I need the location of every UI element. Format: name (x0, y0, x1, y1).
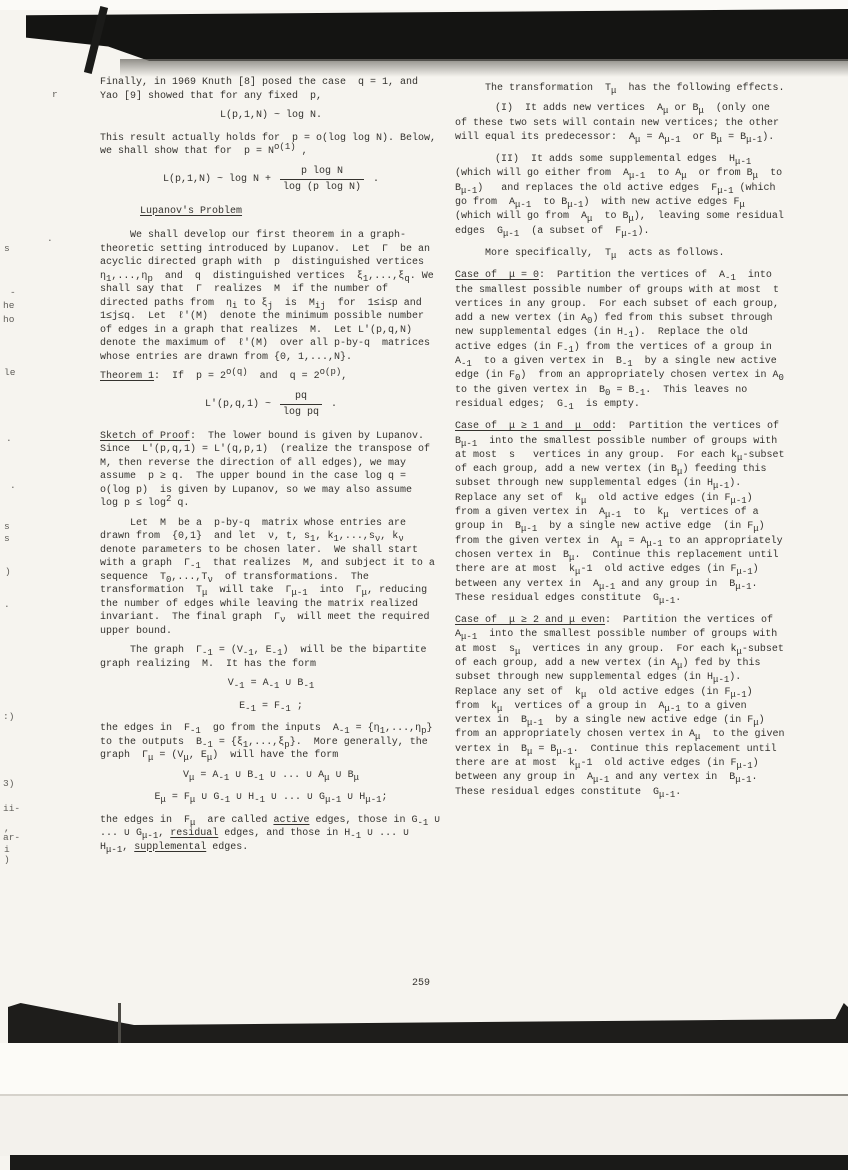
paragraph: More specifically, Tμ acts as follows. (455, 247, 787, 261)
margin-text-fragment: . (47, 233, 53, 244)
fraction: p log Nlog (p log N) (280, 165, 364, 195)
margin-text-fragment: ho (3, 314, 14, 325)
paragraph: This result actually holds for p = o(log… (100, 132, 442, 159)
paragraph: (I) It adds new vertices Aμ or Bμ (only … (455, 102, 787, 145)
margin-text-fragment: . (4, 599, 10, 610)
scan-top-margin (0, 0, 848, 10)
display-formula-fraction: L'(p,q,1) ~ pqlog pq . (100, 390, 442, 420)
margin-text-fragment: s (4, 533, 10, 544)
fraction: pqlog pq (280, 390, 322, 420)
paragraph: the edges in F-1 go from the inputs A-1 … (100, 722, 442, 763)
paragraph: Case of μ ≥ 2 and μ even: Partition the … (455, 614, 787, 800)
display-formula: Eμ = Fμ ∪ G-1 ∪ H-1 ∪ ... ∪ Gμ-1 ∪ Hμ-1; (100, 791, 442, 805)
paragraph: The graph Γ-1 = (V-1, E-1) will be the b… (100, 644, 442, 671)
margin-text-fragment: . (10, 480, 16, 491)
margin-text-fragment: :) (3, 711, 14, 722)
margin-text-fragment: le (4, 367, 15, 378)
scanner-edge-band-bottom (8, 1003, 848, 1043)
scanner-band-seam (118, 1003, 121, 1043)
lower-scan-area (0, 1096, 848, 1156)
paragraph: Case of μ = 0: Partition the vertices of… (455, 269, 787, 412)
margin-text-fragment: ar- (3, 832, 20, 843)
margin-text-fragment: s (4, 243, 10, 254)
display-formula: V-1 = A-1 ∪ B-1 (100, 677, 442, 691)
margin-text-fragment: ii- (3, 803, 20, 814)
section-heading: Lupanov's Problem (140, 205, 442, 219)
paragraph: the edges in Fμ are called active edges,… (100, 814, 442, 855)
scanned-paper-page: Finally, in 1969 Knuth [8] posed the cas… (0, 0, 848, 1170)
paragraph: (II) It adds some supplemental edges Hμ-… (455, 153, 787, 239)
display-formula: E-1 = F-1 ; (100, 700, 442, 714)
margin-text-fragment: ) (5, 566, 11, 577)
underlying-page-edge (0, 1043, 848, 1095)
paragraph: Let M be a p-by-q matrix whose entries a… (100, 517, 442, 639)
right-text-column: The transformation Tμ has the following … (455, 82, 787, 806)
scanner-edge-band-foot (10, 1155, 848, 1170)
margin-text-fragment: r (52, 89, 58, 100)
display-formula: Vμ = A-1 ∪ B-1 ∪ ... ∪ Aμ ∪ Bμ (100, 769, 442, 783)
margin-text-fragment: 3) (3, 778, 14, 789)
page-number: 259 (412, 978, 430, 989)
display-formula-fraction: L(p,1,N) ~ log N + p log Nlog (p log N) … (100, 165, 442, 195)
paragraph: Finally, in 1969 Knuth [8] posed the cas… (100, 76, 442, 103)
paragraph: The transformation Tμ has the following … (455, 82, 787, 96)
margin-text-fragment: he (3, 300, 14, 311)
margin-text-fragment: s (4, 521, 10, 532)
margin-text-fragment: . (6, 433, 12, 444)
paragraph: We shall develop our first theorem in a … (100, 229, 442, 364)
paragraph: Theorem 1: If p = 2o(q) and q = 2o(p), (100, 370, 442, 384)
display-formula: L(p,1,N) ~ log N. (100, 109, 442, 123)
scanner-edge-band-top (26, 9, 848, 61)
paragraph: Sketch of Proof: The lower bound is give… (100, 430, 442, 511)
margin-text-fragment: ) (4, 854, 10, 865)
left-text-column: Finally, in 1969 Knuth [8] posed the cas… (100, 76, 442, 860)
margin-text-fragment: - (10, 287, 16, 298)
paragraph: Case of μ ≥ 1 and μ odd: Partition the v… (455, 420, 787, 606)
